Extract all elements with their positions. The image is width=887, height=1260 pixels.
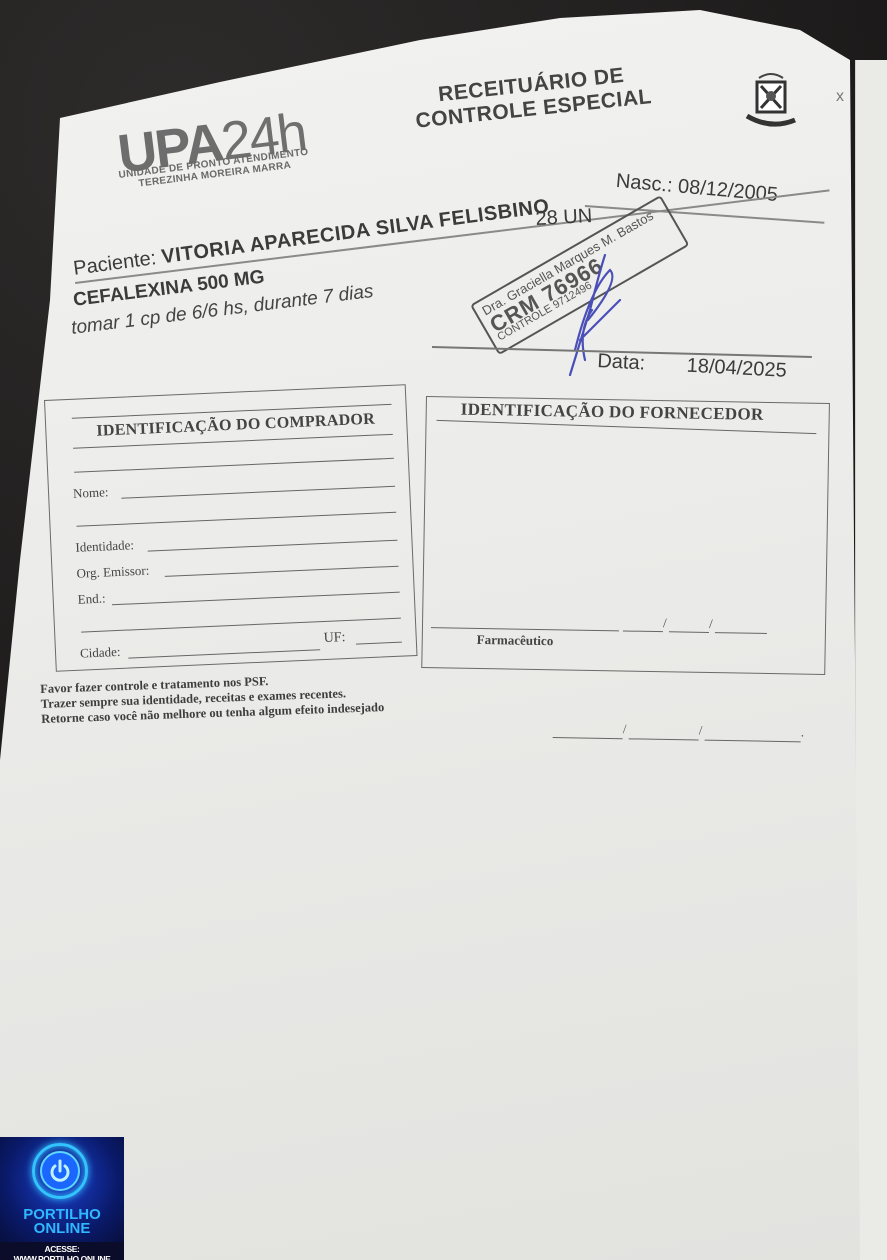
watermark-url: ACESSE: WWW.PORTILHO.ONLINE [0, 1242, 124, 1260]
date-end: . [801, 724, 805, 740]
supplier-box-title: IDENTIFICAÇÃO DO FORNECEDOR [461, 400, 764, 425]
supplier-date-month[interactable] [669, 631, 709, 633]
date-value: 18/04/2025 [686, 355, 787, 382]
footer-date-month[interactable] [629, 738, 699, 741]
supplier-identification-box: IDENTIFICAÇÃO DO FORNECEDOR / / Farmacêu… [421, 396, 830, 675]
footer-notes: Favor fazer controle e tratamento nos PS… [40, 670, 385, 727]
footer-date-field: / / . [553, 718, 808, 742]
pharmacist-label: Farmacêutico [477, 632, 554, 649]
date-slash: / [623, 721, 627, 737]
issuer-field[interactable] [165, 566, 399, 578]
footer-date-day[interactable] [553, 737, 623, 740]
pharmacist-signature-field[interactable] [431, 627, 619, 632]
patient-line: Paciente: VITORIA APARECIDA SILVA FELISB… [72, 195, 551, 280]
portilho-online-watermark: PORTILHO ONLINE ACESSE: WWW.PORTILHO.ONL… [0, 1137, 124, 1260]
buyer-identification-box: IDENTIFICAÇÃO DO COMPRADOR Nome: Identid… [44, 384, 418, 672]
city-label: Cidade: [80, 644, 121, 662]
patient-underline [75, 189, 830, 283]
date-slash: / [699, 723, 703, 739]
next-page-edge [855, 60, 887, 1260]
identity-label: Identidade: [75, 537, 134, 556]
name-label: Nome: [73, 484, 109, 502]
quantity: 28 UN [535, 205, 593, 231]
corner-mark: x [836, 88, 844, 106]
watermark-line-2: ONLINE [0, 1221, 124, 1236]
state-field[interactable] [356, 642, 402, 645]
city-field[interactable] [128, 649, 320, 659]
footer-date-year[interactable] [705, 739, 801, 742]
identity-field[interactable] [148, 540, 398, 552]
issuer-label: Org. Emissor: [76, 563, 149, 582]
rule [74, 458, 394, 473]
supplier-date-day[interactable] [623, 630, 663, 632]
name-field-2[interactable] [77, 512, 397, 527]
address-field-2[interactable] [81, 618, 401, 633]
document-title: RECEITUÁRIO DE CONTROLE ESPECIAL [412, 61, 653, 134]
state-label: UF: [323, 630, 345, 647]
address-field[interactable] [112, 592, 400, 606]
name-field[interactable] [121, 486, 395, 499]
date-slash: / [709, 616, 713, 632]
supplier-date-year[interactable] [715, 632, 767, 634]
birth-label: Nasc.: [615, 170, 673, 197]
prescription-paper: UPA24h UNIDADE DE PRONTO ATENDIMENTO TER… [0, 0, 887, 1260]
municipal-coat-of-arms-icon [745, 68, 797, 130]
date-slash: / [663, 615, 667, 631]
address-label: End.: [77, 591, 105, 608]
power-button-icon [48, 1159, 72, 1183]
date-label: Data: [597, 350, 646, 374]
birth-line: Nasc.: 08/12/2005 [615, 170, 779, 207]
